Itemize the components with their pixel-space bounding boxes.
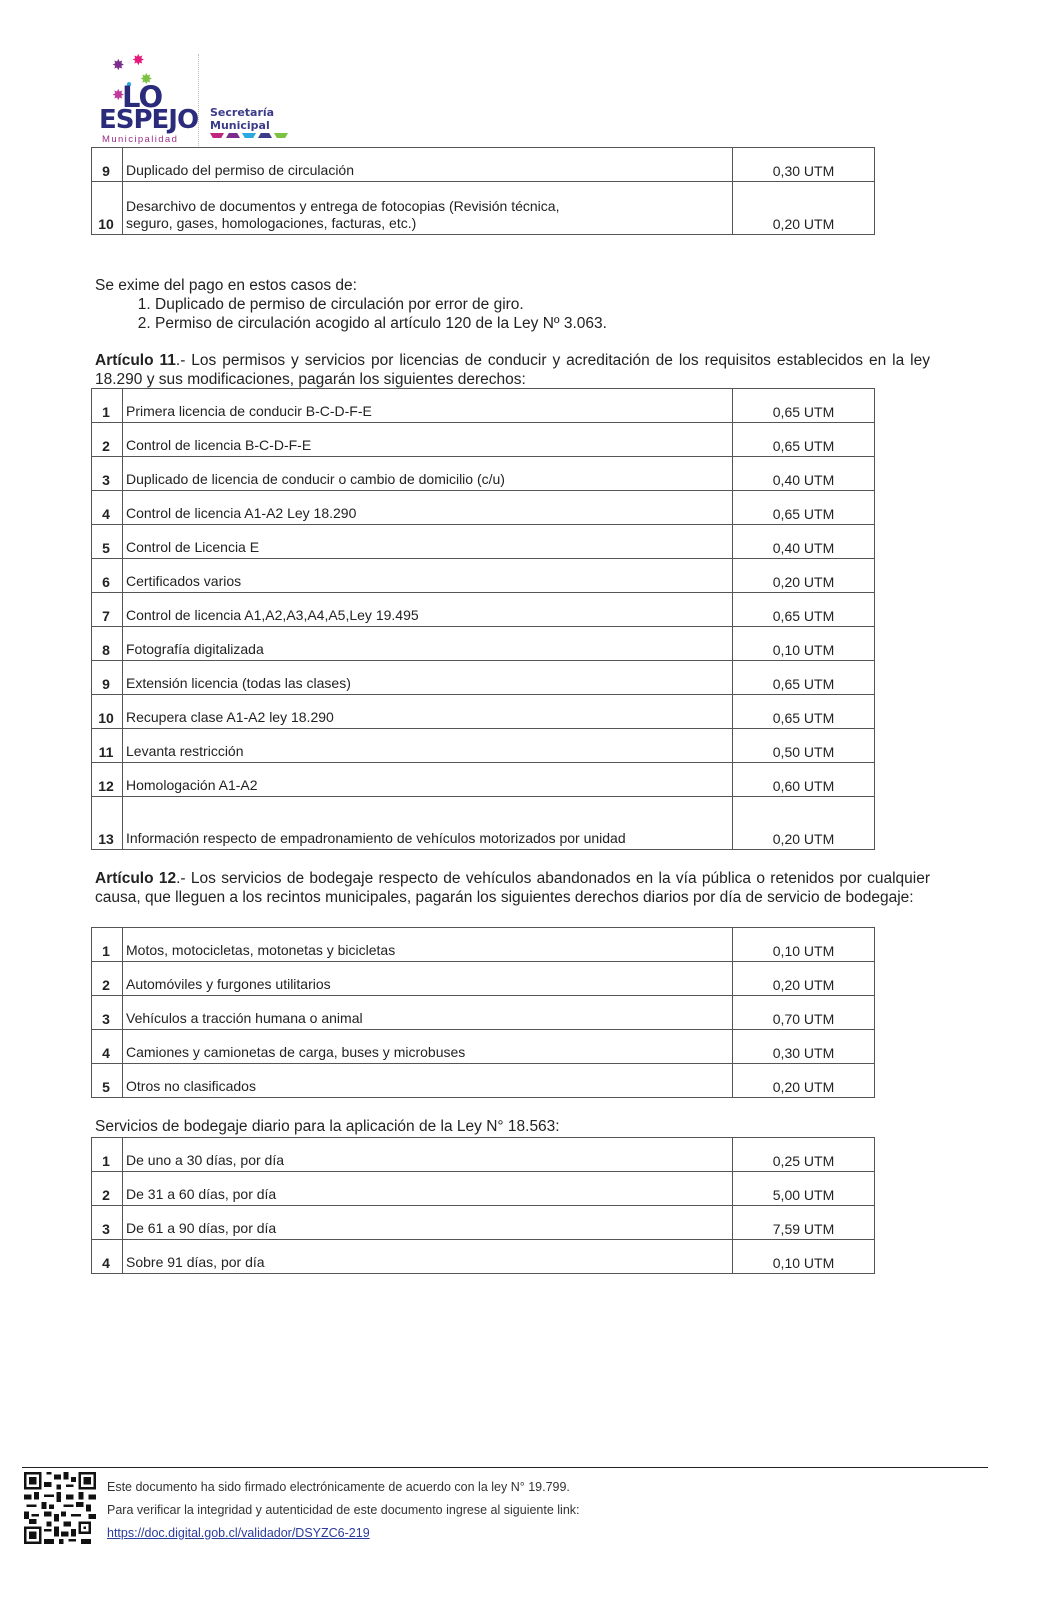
table-row: 3Duplicado de licencia de conducir o cam… bbox=[92, 457, 875, 491]
table-row: 3De 61 a 90 días, por día7,59 UTM bbox=[92, 1206, 875, 1240]
row-value: 0,10 UTM bbox=[733, 627, 875, 661]
row-number: 8 bbox=[92, 627, 123, 661]
row-value: 0,65 UTM bbox=[733, 423, 875, 457]
article-11-body: .- Los permisos y servicios por licencia… bbox=[95, 352, 930, 388]
permisos-table: 9 Duplicado del permiso de circulación 0… bbox=[91, 147, 875, 235]
row-description: De 61 a 90 días, por día bbox=[123, 1206, 733, 1240]
qr-code-icon bbox=[24, 1472, 96, 1544]
table-row: 2De 31 a 60 días, por día5,00 UTM bbox=[92, 1172, 875, 1206]
row-number: 3 bbox=[92, 996, 123, 1030]
municipality-logo: ✸ ✸ ✸ ● ✸ LO ESPEJO Municipalidad Secret… bbox=[98, 50, 288, 146]
table-row: 1Motos, motocicletas, motonetas y bicicl… bbox=[92, 928, 875, 962]
table-row: 10Recupera clase A1-A2 ley 18.2900,65 UT… bbox=[92, 695, 875, 729]
verification-notice: Para verificar la integridad y autentici… bbox=[107, 1503, 580, 1517]
row-description: Primera licencia de conducir B-C-D-F-E bbox=[123, 389, 733, 423]
row-description: Fotografía digitalizada bbox=[123, 627, 733, 661]
row-number: 10 bbox=[92, 182, 123, 235]
row-number: 9 bbox=[92, 148, 123, 182]
row-value: 0,20 UTM bbox=[733, 1064, 875, 1098]
row-value: 0,40 UTM bbox=[733, 457, 875, 491]
row-description: Vehículos a tracción humana o animal bbox=[123, 996, 733, 1030]
validator-link[interactable]: https://doc.digital.gob.cl/validador/DSY… bbox=[107, 1526, 370, 1540]
row-description: Información respecto de empadronamiento … bbox=[123, 797, 733, 850]
row-description: Control de licencia A1-A2 Ley 18.290 bbox=[123, 491, 733, 525]
row-number: 4 bbox=[92, 491, 123, 525]
row-number: 4 bbox=[92, 1240, 123, 1274]
row-value: 0,65 UTM bbox=[733, 593, 875, 627]
table-row: 11Levanta restricción0,50 UTM bbox=[92, 729, 875, 763]
row-description: Recupera clase A1-A2 ley 18.290 bbox=[123, 695, 733, 729]
table-row: 9Extensión licencia (todas las clases)0,… bbox=[92, 661, 875, 695]
row-description: Automóviles y furgones utilitarios bbox=[123, 962, 733, 996]
table-row: 4Sobre 91 días, por día0,10 UTM bbox=[92, 1240, 875, 1274]
row-description: Duplicado del permiso de circulación bbox=[123, 148, 733, 182]
row-description: Motos, motocicletas, motonetas y bicicle… bbox=[123, 928, 733, 962]
article-12-body: .- Los servicios de bodegaje respecto de… bbox=[95, 870, 930, 906]
row-number: 4 bbox=[92, 1030, 123, 1064]
row-value: 7,59 UTM bbox=[733, 1206, 875, 1240]
row-value: 0,65 UTM bbox=[733, 491, 875, 525]
article-12-heading: Artículo 12 bbox=[95, 870, 176, 887]
row-value: 0,20 UTM bbox=[733, 182, 875, 235]
row-number: 9 bbox=[92, 661, 123, 695]
row-value: 0,60 UTM bbox=[733, 763, 875, 797]
row-value: 0,30 UTM bbox=[733, 148, 875, 182]
exemption-item: Duplicado de permiso de circulación por … bbox=[155, 295, 607, 314]
row-number: 13 bbox=[92, 797, 123, 850]
row-value: 0,10 UTM bbox=[733, 928, 875, 962]
row-number: 5 bbox=[92, 525, 123, 559]
row-description: Certificados varios bbox=[123, 559, 733, 593]
table-row: 6Certificados varios0,20 UTM bbox=[92, 559, 875, 593]
row-description: Control de licencia B-C-D-F-E bbox=[123, 423, 733, 457]
table-row: 13Información respecto de empadronamient… bbox=[92, 797, 875, 850]
table-row: 9 Duplicado del permiso de circulación 0… bbox=[92, 148, 875, 182]
row-description: Otros no clasificados bbox=[123, 1064, 733, 1098]
row-number: 11 bbox=[92, 729, 123, 763]
table-row: 12Homologación A1-A20,60 UTM bbox=[92, 763, 875, 797]
row-value: 0,50 UTM bbox=[733, 729, 875, 763]
row-number: 12 bbox=[92, 763, 123, 797]
article-11-heading: Artículo 11 bbox=[95, 352, 176, 369]
row-number: 2 bbox=[92, 962, 123, 996]
exemption-item: Permiso de circulación acogido al artícu… bbox=[155, 314, 607, 333]
table-row: 1Primera licencia de conducir B-C-D-F-E0… bbox=[92, 389, 875, 423]
signature-notice: Este documento ha sido firmado electróni… bbox=[107, 1480, 570, 1494]
row-number: 7 bbox=[92, 593, 123, 627]
table-row: 2Control de licencia B-C-D-F-E0,65 UTM bbox=[92, 423, 875, 457]
article-11-text: Artículo 11.- Los permisos y servicios p… bbox=[95, 351, 930, 389]
star-icon: ✸ bbox=[132, 53, 145, 68]
table-row: 5Control de Licencia E0,40 UTM bbox=[92, 525, 875, 559]
row-number: 3 bbox=[92, 457, 123, 491]
row-value: 0,10 UTM bbox=[733, 1240, 875, 1274]
brand-bars bbox=[210, 133, 288, 138]
row-description: Camiones y camionetas de carga, buses y … bbox=[123, 1030, 733, 1064]
row-number: 2 bbox=[92, 1172, 123, 1206]
article-11-table: 1Primera licencia de conducir B-C-D-F-E0… bbox=[91, 388, 875, 850]
row-value: 0,65 UTM bbox=[733, 695, 875, 729]
row-number: 1 bbox=[92, 1138, 123, 1172]
star-icon: ✸ bbox=[112, 58, 125, 73]
table-row: 2Automóviles y furgones utilitarios0,20 … bbox=[92, 962, 875, 996]
row-value: 0,20 UTM bbox=[733, 797, 875, 850]
logo-divider bbox=[198, 54, 199, 146]
row-value: 0,65 UTM bbox=[733, 661, 875, 695]
row-description: Control de Licencia E bbox=[123, 525, 733, 559]
table-row: 10 Desarchivo de documentos y entrega de… bbox=[92, 182, 875, 235]
exemption-intro: Se exime del pago en estos casos de: bbox=[95, 276, 930, 295]
row-number: 6 bbox=[92, 559, 123, 593]
row-number: 10 bbox=[92, 695, 123, 729]
table-row: 4Camiones y camionetas de carga, buses y… bbox=[92, 1030, 875, 1064]
row-number: 3 bbox=[92, 1206, 123, 1240]
bodegaje-table: 1De uno a 30 días, por día0,25 UTM2De 31… bbox=[91, 1137, 875, 1274]
logo-subtitle: Municipalidad bbox=[102, 134, 178, 145]
table-row: 3Vehículos a tracción humana o animal0,7… bbox=[92, 996, 875, 1030]
row-number: 1 bbox=[92, 928, 123, 962]
bodegaje-intro: Servicios de bodegaje diario para la apl… bbox=[95, 1117, 930, 1136]
row-description: Levanta restricción bbox=[123, 729, 733, 763]
row-value: 0,70 UTM bbox=[733, 996, 875, 1030]
row-value: 0,20 UTM bbox=[733, 962, 875, 996]
table-row: 1De uno a 30 días, por día0,25 UTM bbox=[92, 1138, 875, 1172]
exemption-list: Duplicado de permiso de circulación por … bbox=[125, 295, 607, 333]
department-name: Secretaría Municipal bbox=[210, 106, 274, 132]
row-description: De 31 a 60 días, por día bbox=[123, 1172, 733, 1206]
row-value: 0,20 UTM bbox=[733, 559, 875, 593]
table-row: 5Otros no clasificados0,20 UTM bbox=[92, 1064, 875, 1098]
table-row: 7Control de licencia A1,A2,A3,A4,A5,Ley … bbox=[92, 593, 875, 627]
row-number: 5 bbox=[92, 1064, 123, 1098]
footer-divider bbox=[22, 1467, 988, 1468]
row-description: Desarchivo de documentos y entrega de fo… bbox=[123, 182, 733, 235]
article-12-text: Artículo 12.- Los servicios de bodegaje … bbox=[95, 869, 930, 907]
row-value: 0,40 UTM bbox=[733, 525, 875, 559]
row-number: 1 bbox=[92, 389, 123, 423]
row-description: De uno a 30 días, por día bbox=[123, 1138, 733, 1172]
row-value: 5,00 UTM bbox=[733, 1172, 875, 1206]
row-number: 2 bbox=[92, 423, 123, 457]
department-line2: Municipal bbox=[210, 119, 274, 132]
row-description: Extensión licencia (todas las clases) bbox=[123, 661, 733, 695]
logo-espejo: ESPEJO bbox=[99, 105, 198, 135]
row-description: Sobre 91 días, por día bbox=[123, 1240, 733, 1274]
row-description: Homologación A1-A2 bbox=[123, 763, 733, 797]
row-description: Control de licencia A1,A2,A3,A4,A5,Ley 1… bbox=[123, 593, 733, 627]
row-value: 0,30 UTM bbox=[733, 1030, 875, 1064]
row-value: 0,65 UTM bbox=[733, 389, 875, 423]
table-row: 4Control de licencia A1-A2 Ley 18.2900,6… bbox=[92, 491, 875, 525]
table-row: 8Fotografía digitalizada0,10 UTM bbox=[92, 627, 875, 661]
department-line1: Secretaría bbox=[210, 106, 274, 119]
article-12-table: 1Motos, motocicletas, motonetas y bicicl… bbox=[91, 927, 875, 1098]
row-value: 0,25 UTM bbox=[733, 1138, 875, 1172]
row-description: Duplicado de licencia de conducir o camb… bbox=[123, 457, 733, 491]
